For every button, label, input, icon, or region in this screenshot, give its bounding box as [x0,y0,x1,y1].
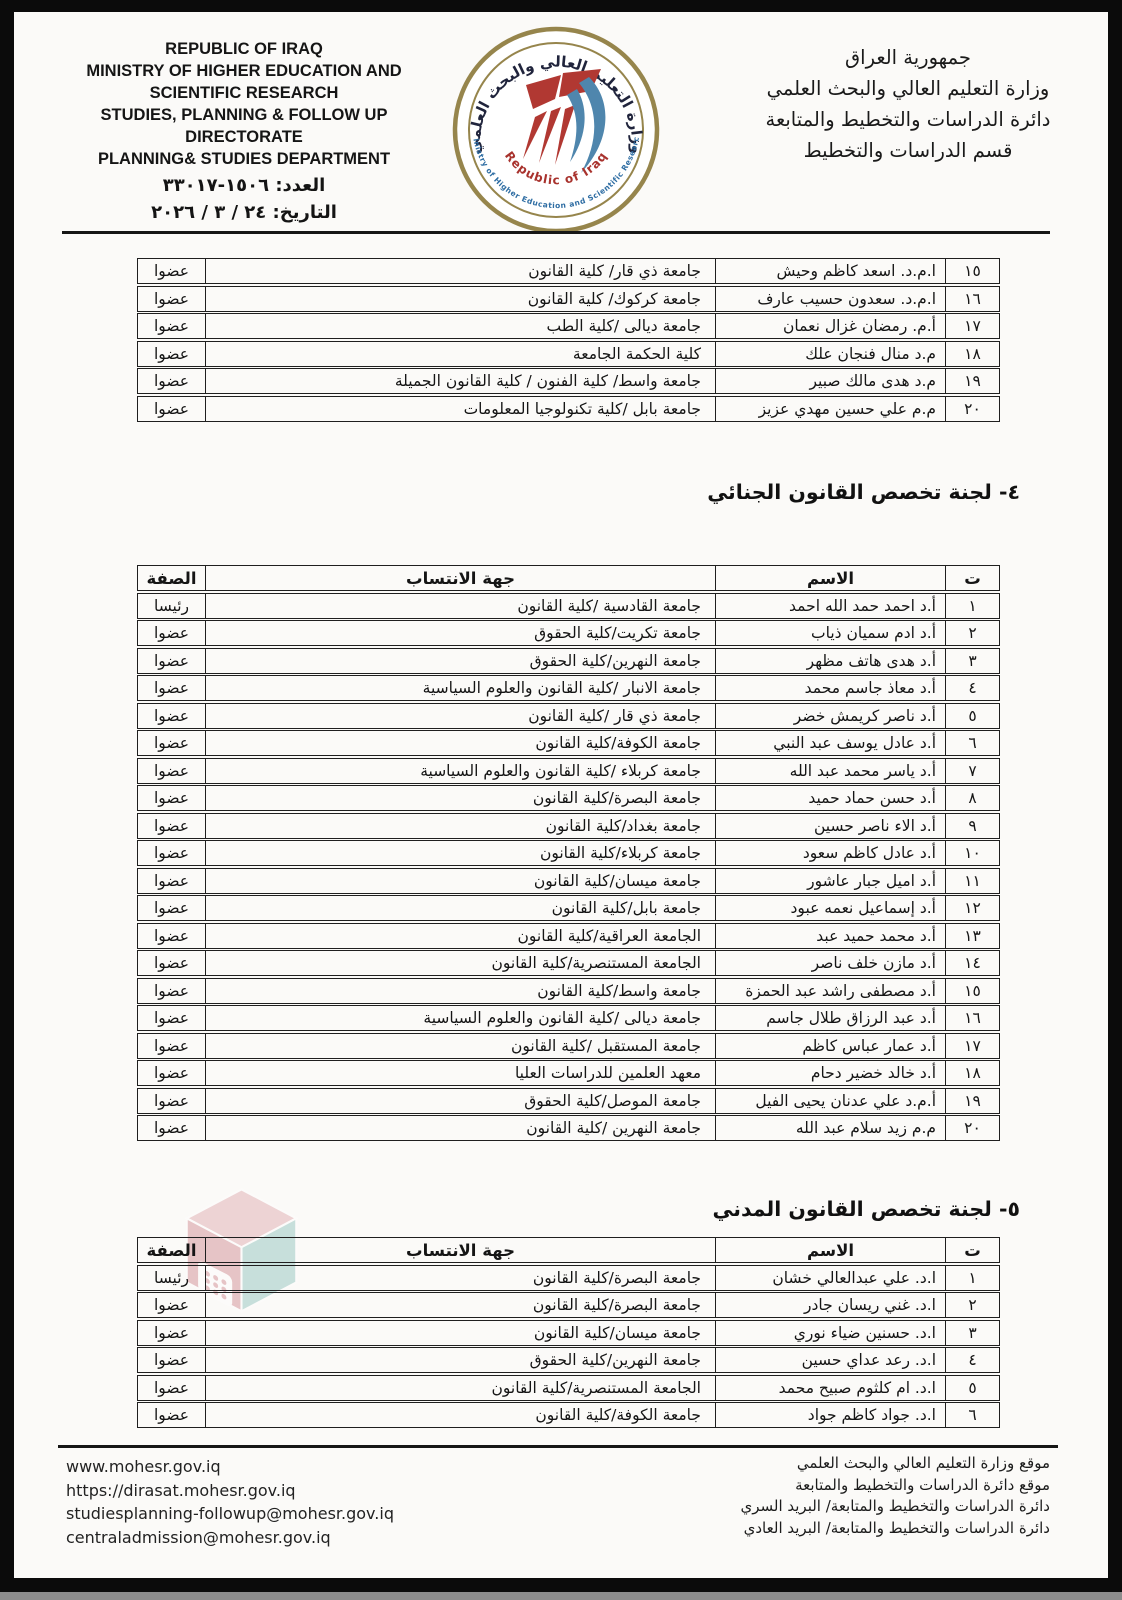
table-row: ١٨ أ.د خالد خضير دحام معهد العلمين للدرا… [137,1060,1000,1086]
table-row: ١٩ أ.م.د علي عدنان يحيى الفيل جامعة المو… [137,1088,1000,1114]
footer-divider [58,1445,1058,1448]
cell-name: ا.د. رعد عداي حسين [715,1347,945,1373]
table-row: ٣ ا.د. حسنين ضياء نوري جامعة ميسان/كلية … [137,1320,1000,1346]
cell-role: عضوا [137,341,205,367]
header-cell-name: الاسم [715,565,945,591]
cell-number: ٨ [945,785,1000,811]
cell-affiliation: جامعة النهرين /كلية القانون [205,1115,715,1141]
cell-name: ا.د. جواد كاظم جواد [715,1402,945,1428]
cell-name: م.د هدى مالك صبير [715,368,945,394]
table-row: ١٥ ا.م.د. اسعد كاظم وحيش جامعة ذي قار/ ك… [137,258,1000,284]
cell-affiliation: جامعة ميسان/كلية القانون [205,1320,715,1346]
table-row: ٣ أ.د هدى هاتف مظهر جامعة النهرين/كلية ا… [137,648,1000,674]
header-cell-name: الاسم [715,1237,945,1263]
cell-affiliation: الجامعة العراقية/كلية القانون [205,923,715,949]
footer-arabic-line: دائرة الدراسات والتخطيط والمتابعة/ البري… [740,1496,1050,1518]
ministry-seal-icon: وزارة التعليم العالي والبحث العلمي Repub… [451,25,661,235]
cell-number: ١٦ [945,1005,1000,1031]
section-title-criminal-law: ٤- لجنة تخصص القانون الجنائي [707,480,1020,504]
cell-name: ا.د. علي عبدالعالي خشان [715,1265,945,1291]
cell-role: عضوا [137,1088,205,1114]
cell-role: عضوا [137,813,205,839]
cell-name: أ.د مصطفى راشد عبد الحمزة [715,978,945,1004]
cell-role: عضوا [137,785,205,811]
footer-arabic-block: موقع وزارة التعليم العالي والبحث العلميم… [740,1453,1050,1539]
cell-role: عضوا [137,703,205,729]
table-row: ٢٠ م.م علي حسين مهدي عزيز جامعة بابل /كل… [137,396,1000,422]
cell-name: أ.د ياسر محمد عبد الله [715,758,945,784]
header-arabic-line: وزارة التعليم العالي والبحث العلمي [732,73,1084,104]
cell-name: أ.د ادم سميان ذياب [715,620,945,646]
cell-name: أ.د عبد الرزاق طلال جاسم [715,1005,945,1031]
table-row: ١٢ أ.د إسماعيل نعمه عبود جامعة بابل/كلية… [137,895,1000,921]
header-divider [62,231,1050,234]
cell-affiliation: جامعة النهرين/كلية الحقوق [205,1347,715,1373]
table-row: ٦ ا.د. جواد كاظم جواد جامعة الكوفة/كلية … [137,1402,1000,1428]
cell-role: عضوا [137,1292,205,1318]
header-english-block: REPUBLIC OF IRAQMINISTRY OF HIGHER EDUCA… [74,38,414,170]
table-row: ٢٠ م.م زيد سلام عبد الله جامعة النهرين /… [137,1115,1000,1141]
table-row: ١٠ أ.د عادل كاظم سعود جامعة كربلاء/كلية … [137,840,1000,866]
footer-arabic-line: موقع دائرة الدراسات والتخطيط والمتابعة [740,1475,1050,1497]
cell-role: عضوا [137,675,205,701]
cell-affiliation: جامعة ديالى /كلية الطب [205,313,715,339]
cell-name: أ.د ناصر كريمش خضر [715,703,945,729]
cell-number: ١٤ [945,950,1000,976]
footer-links-block: www.mohesr.gov.iqhttps://dirasat.mohesr.… [66,1455,394,1549]
cell-number: ١٩ [945,368,1000,394]
table-row: ٤ ا.د. رعد عداي حسين جامعة النهرين/كلية … [137,1347,1000,1373]
cell-role: عضوا [137,313,205,339]
cell-name: أ.د احمد حمد الله احمد [715,593,945,619]
cell-name: أ.د عادل يوسف عبد النبي [715,730,945,756]
cell-role: عضوا [137,923,205,949]
cell-number: ١٨ [945,341,1000,367]
cell-name: أ.م.د علي عدنان يحيى الفيل [715,1088,945,1114]
header-cell-number: ت [945,1237,1000,1263]
issue-number: العدد: ١٥٠٦-٣٣٠١٧ [74,172,414,199]
cell-number: ١٠ [945,840,1000,866]
cell-affiliation: جامعة الكوفة/كلية القانون [205,730,715,756]
header-english-line: PLANNING& STUDIES DEPARTMENT [74,148,414,170]
cell-affiliation: جامعة ذي قار/ كلية القانون [205,258,715,284]
cell-number: ٤ [945,675,1000,701]
cell-name: أ.م. رمضان غزال نعمان [715,313,945,339]
cell-name: م.م زيد سلام عبد الله [715,1115,945,1141]
document-page: REPUBLIC OF IRAQMINISTRY OF HIGHER EDUCA… [14,12,1108,1578]
table-row: ١٩ م.د هدى مالك صبير جامعة واسط/ كلية ال… [137,368,1000,394]
cell-number: ١١ [945,868,1000,894]
cell-role: عضوا [137,396,205,422]
cell-role: عضوا [137,950,205,976]
footer-arabic-line: موقع وزارة التعليم العالي والبحث العلمي [740,1453,1050,1475]
cell-role: عضوا [137,258,205,284]
cell-number: ١٧ [945,313,1000,339]
cell-number: ٥ [945,703,1000,729]
cell-affiliation: جامعة الكوفة/كلية القانون [205,1402,715,1428]
cell-role: عضوا [137,286,205,312]
table-header-row: ت الاسم جهة الانتساب الصفة [137,565,1000,591]
table-row: ٨ أ.د حسن حماد حميد جامعة البصرة/كلية ال… [137,785,1000,811]
cell-role: عضوا [137,758,205,784]
header-english-line: SCIENTIFIC RESEARCH [74,82,414,104]
cell-number: ١٢ [945,895,1000,921]
cell-name: أ.د عمار عباس كاظم [715,1033,945,1059]
table-row: ١٣ أ.د محمد حميد عبد الجامعة العراقية/كل… [137,923,1000,949]
cell-affiliation: جامعة بابل/كلية القانون [205,895,715,921]
header-english-line: MINISTRY OF HIGHER EDUCATION AND [74,60,414,82]
cell-name: أ.د الاء ناصر حسين [715,813,945,839]
header-cell-role: الصفة [137,1237,205,1263]
footer-arabic-line: دائرة الدراسات والتخطيط والمتابعة/ البري… [740,1518,1050,1540]
cell-name: أ.د خالد خضير دحام [715,1060,945,1086]
cell-role: عضوا [137,1320,205,1346]
cell-number: ١٩ [945,1088,1000,1114]
cell-affiliation: كلية الحكمة الجامعة [205,341,715,367]
cell-number: ٤ [945,1347,1000,1373]
table-row: ١١ أ.د اميل جبار عاشور جامعة ميسان/كلية … [137,868,1000,894]
cell-affiliation: جامعة كربلاء /كلية القانون والعلوم السيا… [205,758,715,784]
cell-number: ٦ [945,1402,1000,1428]
cell-number: ٢ [945,620,1000,646]
section-title-civil-law: ٥- لجنة تخصص القانون المدني [713,1197,1020,1221]
cell-number: ٣ [945,1320,1000,1346]
cell-role: عضوا [137,1060,205,1086]
cell-affiliation: جامعة بغداد/كلية القانون [205,813,715,839]
table-row: ٢ ا.د. غني ريسان جادر جامعة البصرة/كلية … [137,1292,1000,1318]
cell-role: عضوا [137,1347,205,1373]
header-arabic-line: دائرة الدراسات والتخطيط والمتابعة [732,104,1084,135]
cell-name: أ.د معاذ جاسم محمد [715,675,945,701]
cell-affiliation: جامعة كربلاء/كلية القانون [205,840,715,866]
ministry-seal-logo: وزارة التعليم العالي والبحث العلمي Repub… [451,25,661,235]
table-row: ١٧ أ.م. رمضان غزال نعمان جامعة ديالى /كل… [137,313,1000,339]
table-civil-law: ت الاسم جهة الانتساب الصفة ١ ا.د. علي عب… [137,1237,1000,1430]
cell-name: ا.د. حسنين ضياء نوري [715,1320,945,1346]
cell-affiliation: جامعة الموصل/كلية الحقوق [205,1088,715,1114]
header-arabic-block: جمهورية العراقوزارة التعليم العالي والبح… [732,42,1084,166]
cell-number: ٢٠ [945,396,1000,422]
cell-affiliation: جامعة تكريت/كلية الحقوق [205,620,715,646]
cell-affiliation: جامعة المستقبل /كلية القانون [205,1033,715,1059]
cell-name: أ.د حسن حماد حميد [715,785,945,811]
cell-number: ٧ [945,758,1000,784]
cell-name: ا.د. غني ريسان جادر [715,1292,945,1318]
cell-role: عضوا [137,620,205,646]
cell-affiliation: جامعة البصرة/كلية القانون [205,1292,715,1318]
cell-role: عضوا [137,1402,205,1428]
footer-link-line: studiesplanning-followup@mohesr.gov.iq [66,1502,394,1526]
cell-number: ١٦ [945,286,1000,312]
cell-number: ٩ [945,813,1000,839]
cell-number: ٣ [945,648,1000,674]
table-row: ١٨ م.د منال فنجان علك كلية الحكمة الجامع… [137,341,1000,367]
cell-role: عضوا [137,1005,205,1031]
cell-number: ١٣ [945,923,1000,949]
table-body: ١ ا.د. علي عبدالعالي خشان جامعة البصرة/ك… [137,1265,1000,1429]
footer-link-line: www.mohesr.gov.iq [66,1455,394,1479]
cell-role: عضوا [137,895,205,921]
header-arabic-line: جمهورية العراق [732,42,1084,73]
cell-role: رئيسا [137,1265,205,1291]
cell-number: ١ [945,593,1000,619]
cell-role: عضوا [137,648,205,674]
cell-number: ٢٠ [945,1115,1000,1141]
table-row: ٢ أ.د ادم سميان ذياب جامعة تكريت/كلية ال… [137,620,1000,646]
footer-link-line: https://dirasat.mohesr.gov.iq [66,1479,394,1503]
cell-role: عضوا [137,1375,205,1401]
cell-name: م.م علي حسين مهدي عزيز [715,396,945,422]
cell-affiliation: جامعة كركوك/ كلية القانون [205,286,715,312]
cell-role: عضوا [137,730,205,756]
cell-affiliation: الجامعة المستنصرية/كلية القانون [205,1375,715,1401]
cell-affiliation: جامعة البصرة/كلية القانون [205,785,715,811]
cell-number: ١٨ [945,1060,1000,1086]
header-english-line: REPUBLIC OF IRAQ [74,38,414,60]
cell-role: عضوا [137,978,205,1004]
cell-affiliation: جامعة القادسية /كلية القانون [205,593,715,619]
table-row: ١٦ ا.م.د. سعدون حسيب عارف جامعة كركوك/ ك… [137,286,1000,312]
cell-name: ا.م.د. سعدون حسيب عارف [715,286,945,312]
cell-role: عضوا [137,1033,205,1059]
cell-name: أ.د اميل جبار عاشور [715,868,945,894]
cell-number: ٦ [945,730,1000,756]
cell-role: عضوا [137,368,205,394]
cell-affiliation: معهد العلمين للدراسات العليا [205,1060,715,1086]
cell-affiliation: جامعة بابل /كلية تكنولوجيا المعلومات [205,396,715,422]
cell-number: ٥ [945,1375,1000,1401]
table-row: ٥ ا.د. ام كلثوم صبيح محمد الجامعة المستن… [137,1375,1000,1401]
table-row: ١٤ أ.د مازن خلف ناصر الجامعة المستنصرية/… [137,950,1000,976]
cell-name: ا.د. ام كلثوم صبيح محمد [715,1375,945,1401]
table-row: ٥ أ.د ناصر كريمش خضر جامعة ذي قار /كلية … [137,703,1000,729]
cell-number: ١٥ [945,258,1000,284]
cell-name: أ.د هدى هاتف مظهر [715,648,945,674]
header-english-line: DIRECTORATE [74,126,414,148]
header-english-line: STUDIES, PLANNING & FOLLOW UP [74,104,414,126]
cell-name: م.د منال فنجان علك [715,341,945,367]
table-row: ٦ أ.د عادل يوسف عبد النبي جامعة الكوفة/ك… [137,730,1000,756]
table-row: ١ أ.د احمد حمد الله احمد جامعة القادسية … [137,593,1000,619]
cell-name: أ.د إسماعيل نعمه عبود [715,895,945,921]
cell-role: عضوا [137,840,205,866]
footer-link-line: centraladmission@mohesr.gov.iq [66,1526,394,1550]
cell-name: أ.د عادل كاظم سعود [715,840,945,866]
table-row: ٤ أ.د معاذ جاسم محمد جامعة الانبار /كلية… [137,675,1000,701]
header-cell-affiliation: جهة الانتساب [205,1237,715,1263]
issue-date: التاريخ: ٢٤ / ٣ / ٢٠٢٦ [74,199,414,226]
cell-role: عضوا [137,868,205,894]
table-continued: ١٥ ا.م.د. اسعد كاظم وحيش جامعة ذي قار/ ك… [137,258,1000,423]
table-row: ٧ أ.د ياسر محمد عبد الله جامعة كربلاء /ك… [137,758,1000,784]
header-arabic-line: قسم الدراسات والتخطيط [732,135,1084,166]
cell-number: ١ [945,1265,1000,1291]
cell-affiliation: جامعة واسط/ كلية الفنون / كلية القانون ا… [205,368,715,394]
header-cell-affiliation: جهة الانتساب [205,565,715,591]
header-issue-block: العدد: ١٥٠٦-٣٣٠١٧ التاريخ: ٢٤ / ٣ / ٢٠٢٦ [74,172,414,226]
table-row: ١ ا.د. علي عبدالعالي خشان جامعة البصرة/ك… [137,1265,1000,1291]
cell-role: رئيسا [137,593,205,619]
cell-affiliation: جامعة ذي قار /كلية القانون [205,703,715,729]
cell-role: عضوا [137,1115,205,1141]
cell-affiliation: جامعة ديالى /كلية القانون والعلوم السياس… [205,1005,715,1031]
cell-affiliation: جامعة ميسان/كلية القانون [205,868,715,894]
cell-affiliation: جامعة الانبار /كلية القانون والعلوم السي… [205,675,715,701]
cell-name: أ.د محمد حميد عبد [715,923,945,949]
table-criminal-law: ت الاسم جهة الانتساب الصفة ١ أ.د احمد حم… [137,565,1000,1143]
cell-affiliation: الجامعة المستنصرية/كلية القانون [205,950,715,976]
scan-bottom-strip [0,1592,1122,1600]
cell-affiliation: جامعة البصرة/كلية القانون [205,1265,715,1291]
cell-name: أ.د مازن خلف ناصر [715,950,945,976]
table-row: ١٧ أ.د عمار عباس كاظم جامعة المستقبل /كل… [137,1033,1000,1059]
table-header-row: ت الاسم جهة الانتساب الصفة [137,1237,1000,1263]
cell-number: ٢ [945,1292,1000,1318]
cell-name: ا.م.د. اسعد كاظم وحيش [715,258,945,284]
table-row: ٩ أ.د الاء ناصر حسين جامعة بغداد/كلية ال… [137,813,1000,839]
cell-number: ١٥ [945,978,1000,1004]
header-cell-number: ت [945,565,1000,591]
table-row: ١٦ أ.د عبد الرزاق طلال جاسم جامعة ديالى … [137,1005,1000,1031]
table-body: ١ أ.د احمد حمد الله احمد جامعة القادسية … [137,593,1000,1142]
cell-affiliation: جامعة واسط/كلية القانون [205,978,715,1004]
cell-number: ١٧ [945,1033,1000,1059]
cell-affiliation: جامعة النهرين/كلية الحقوق [205,648,715,674]
header-cell-role: الصفة [137,565,205,591]
scanned-document-frame: REPUBLIC OF IRAQMINISTRY OF HIGHER EDUCA… [0,0,1122,1600]
table-row: ١٥ أ.د مصطفى راشد عبد الحمزة جامعة واسط/… [137,978,1000,1004]
